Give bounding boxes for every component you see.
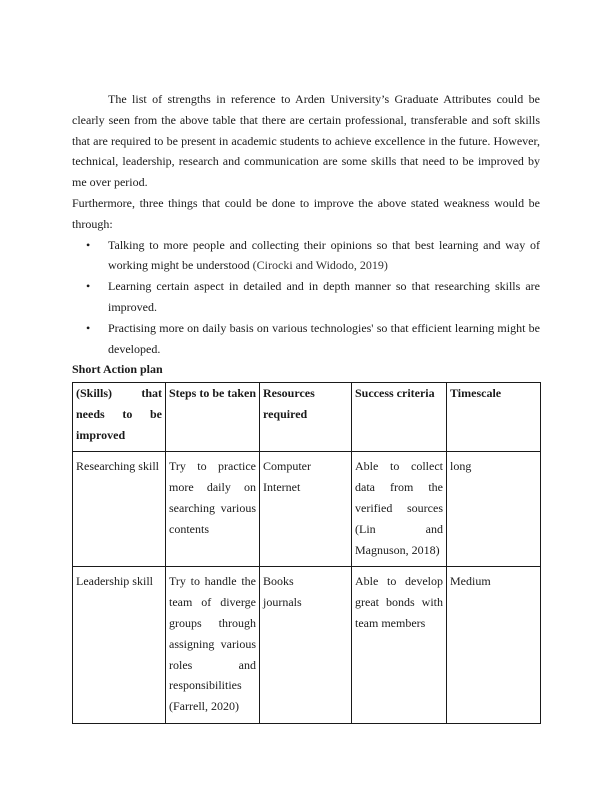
paragraph-improvements: Furthermore, three things that could be … xyxy=(72,193,540,235)
bullet-icon: • xyxy=(86,235,90,256)
cell-steps: Try to practice more daily on searching … xyxy=(166,452,260,567)
header-timescale: Timescale xyxy=(447,383,541,452)
cell-skill: Researching skill xyxy=(73,452,166,567)
action-plan-table: (Skills) that needs to be improved Steps… xyxy=(72,382,541,724)
table-row: Researching skill Try to practice more d… xyxy=(73,452,541,567)
resource-item: Computer xyxy=(263,456,348,477)
header-steps: Steps to be taken xyxy=(166,383,260,452)
list-item-text: Practising more on daily basis on variou… xyxy=(108,321,540,356)
header-skills: (Skills) that needs to be improved xyxy=(73,383,166,452)
resource-item: journals xyxy=(263,592,348,613)
cell-resources: Computer Internet xyxy=(260,452,352,567)
citation: (Cirocki and Widodo, 2019) xyxy=(253,258,388,272)
list-item-text: Learning certain aspect in detailed and … xyxy=(108,279,540,314)
section-heading: Short Action plan xyxy=(72,359,540,380)
cell-resources: Books journals xyxy=(260,567,352,724)
header-success: Success criteria xyxy=(352,383,447,452)
resource-item: Books xyxy=(263,571,348,592)
bullet-icon: • xyxy=(86,276,90,297)
cell-steps: Try to handle the team of diverge groups… xyxy=(166,567,260,724)
list-item: • Practising more on daily basis on vari… xyxy=(72,318,540,360)
list-item: • Learning certain aspect in detailed an… xyxy=(72,276,540,318)
resource-item: Internet xyxy=(263,477,348,498)
cell-timescale: Medium xyxy=(447,567,541,724)
list-item: • Talking to more people and collecting … xyxy=(72,235,540,277)
header-resources: Resources required xyxy=(260,383,352,452)
cell-success: Able to collect data from the verified s… xyxy=(352,452,447,567)
table-row: Leadership skill Try to handle the team … xyxy=(73,567,541,724)
paragraph-strengths: The list of strengths in reference to Ar… xyxy=(72,89,540,193)
cell-skill: Leadership skill xyxy=(73,567,166,724)
bullet-icon: • xyxy=(86,318,90,339)
document-body: The list of strengths in reference to Ar… xyxy=(72,89,540,380)
cell-timescale: long xyxy=(447,452,541,567)
cell-success: Able to develop great bonds with team me… xyxy=(352,567,447,724)
improvement-list: • Talking to more people and collecting … xyxy=(72,235,540,360)
table-header-row: (Skills) that needs to be improved Steps… xyxy=(73,383,541,452)
